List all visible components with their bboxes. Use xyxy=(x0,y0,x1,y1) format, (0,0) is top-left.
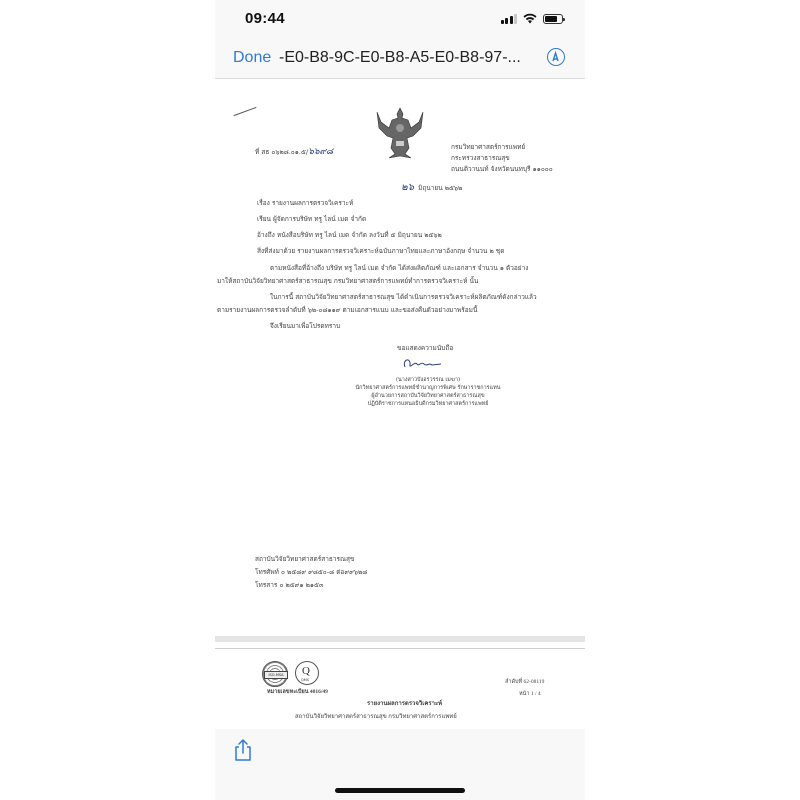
document-title: -E0-B8-9C-E0-B8-A5-E0-B8-97-... xyxy=(279,49,521,67)
pen-mark xyxy=(234,107,257,116)
report-title: รายงานผลการตรวจวิเคราะห์ xyxy=(367,698,442,708)
reference-line: อ้างถึง หนังสือบริษัท ทรู ไลน์ เมด จำกัด… xyxy=(257,230,442,240)
status-time: 09:44 xyxy=(245,10,285,27)
date-text: มิถุนายน ๒๕๖๒ xyxy=(418,184,462,192)
done-button[interactable]: Done xyxy=(233,49,271,67)
address-line: กระทรวงสาธารณสุข xyxy=(451,153,553,164)
document-page-1: ที่ สธ ๐๖๒๘.๐๑.๕/๖๖๙๘ กรมวิทยาศาสตร์การแ… xyxy=(215,79,585,634)
footer-contact: สถาบันวิจัยวิทยาศาสตร์สาธารณสุข โทรศัพท์… xyxy=(255,553,367,592)
cellular-signal-icon xyxy=(501,13,518,24)
address-line: กรมวิทยาศาสตร์การแพทย์ xyxy=(451,142,553,153)
body-text: ตามรายงานผลการตรวจลำดับที่ ๖๒-๐๘๑๑๙ ตามเ… xyxy=(217,305,477,315)
date-line: ๒๖ มิถุนายน ๒๕๖๒ xyxy=(401,180,462,195)
reference-handwritten: ๖๖๙๘ xyxy=(308,147,333,157)
status-bar: 09:44 xyxy=(215,0,585,40)
body-text: จึงเรียนมาเพื่อโปรดทราบ xyxy=(270,321,340,331)
document-viewer[interactable]: ที่ สธ ๐๖๒๘.๐๑.๕/๖๖๙๘ กรมวิทยาศาสตร์การแ… xyxy=(215,79,585,729)
qms-certification-logo: Q QMS xyxy=(295,661,319,685)
signature-scribble xyxy=(401,355,445,371)
body-text: มาให้สถาบันวิจัยวิทยาศาสตร์สาธารณสุข กรม… xyxy=(217,276,478,286)
footer-line: โทรศัพท์ ๐ ๒๕๘๙ ๙๘๕๐-๘ ต่อ๙๙๖๒๘ xyxy=(255,566,367,579)
signer-title: ผู้อำนวยการสถาบันวิจัยวิทยาศาสตร์สาธารณส… xyxy=(353,392,503,400)
signer-block: (นางสาวบังอรวรรณ เมฆา) นักวิทยาศาสตร์การ… xyxy=(353,376,503,408)
home-indicator[interactable] xyxy=(335,788,465,793)
garuda-emblem xyxy=(375,104,425,162)
enclosure-line: สิ่งที่ส่งมาด้วย รายงานผลการตรวจวิเคราะห… xyxy=(257,246,504,256)
page-number: หน้า 1 / 4 xyxy=(519,690,541,698)
subject-line: เรื่อง รายงานผลการตรวจวิเคราะห์ xyxy=(257,198,353,208)
navigation-bar: Done -E0-B8-9C-E0-B8-A5-E0-B8-97-... xyxy=(215,40,585,79)
reference-number-text: ที่ สธ ๐๖๒๘.๐๑.๕/ xyxy=(255,148,308,156)
battery-icon xyxy=(543,14,563,24)
date-handwritten: ๒๖ xyxy=(401,182,414,193)
phone-screen: 09:44 Done -E0-B8-9C-E0-B8-A5-E0-B8-97-.… xyxy=(215,0,585,800)
page-separator-line xyxy=(215,648,585,649)
share-icon[interactable] xyxy=(234,739,252,761)
document-page-2: ISO-MSA Q QMS หมายเลขทะเบียน 4016/49 ลำด… xyxy=(215,651,585,729)
registration-number: หมายเลขทะเบียน 4016/49 xyxy=(267,688,328,696)
wifi-icon xyxy=(523,13,537,24)
status-icons xyxy=(501,13,564,24)
page-separator xyxy=(215,636,585,642)
markup-pen-icon[interactable] xyxy=(547,48,565,66)
recipient-line: เรียน ผู้จัดการบริษัท ทรู ไลน์ เมด จำกัด xyxy=(257,214,366,224)
closing-text: ขอแสดงความนับถือ xyxy=(397,343,453,353)
iso-certification-logo: ISO-MSA xyxy=(262,661,288,687)
signer-title: ปฏิบัติราชการแทนอธิบดีกรมวิทยาศาสตร์การแ… xyxy=(353,400,503,408)
address-line: ถนนติวานนท์ จังหวัดนนทบุรี ๑๑๐๐๐ xyxy=(451,164,553,175)
sender-address: กรมวิทยาศาสตร์การแพทย์ กระทรวงสาธารณสุข … xyxy=(451,142,553,175)
bottom-toolbar xyxy=(215,729,585,800)
body-text: ตามหนังสือที่อ้างถึง บริษัท ทรู ไลน์ เมด… xyxy=(270,263,528,273)
report-subtitle: สถาบันวิจัยวิทยาศาสตร์สาธารณสุข กรมวิทยา… xyxy=(295,711,457,721)
order-number: ลำดับที่ 62-08119 xyxy=(505,678,544,686)
signer-name: (นางสาวบังอรวรรณ เมฆา) xyxy=(353,376,503,384)
reference-number: ที่ สธ ๐๖๒๘.๐๑.๕/๖๖๙๘ xyxy=(255,144,333,158)
footer-line: โทรสาร ๐ ๒๕๙๑ ๒๑๕๓ xyxy=(255,579,367,592)
signer-title: นักวิทยาศาสตร์การแพทย์ชำนาญการพิเศษ รักษ… xyxy=(353,384,503,392)
footer-line: สถาบันวิจัยวิทยาศาสตร์สาธารณสุข xyxy=(255,553,367,566)
body-text: ในการนี้ สถาบันวิจัยวิทยาศาสตร์สาธารณสุข… xyxy=(270,292,537,302)
